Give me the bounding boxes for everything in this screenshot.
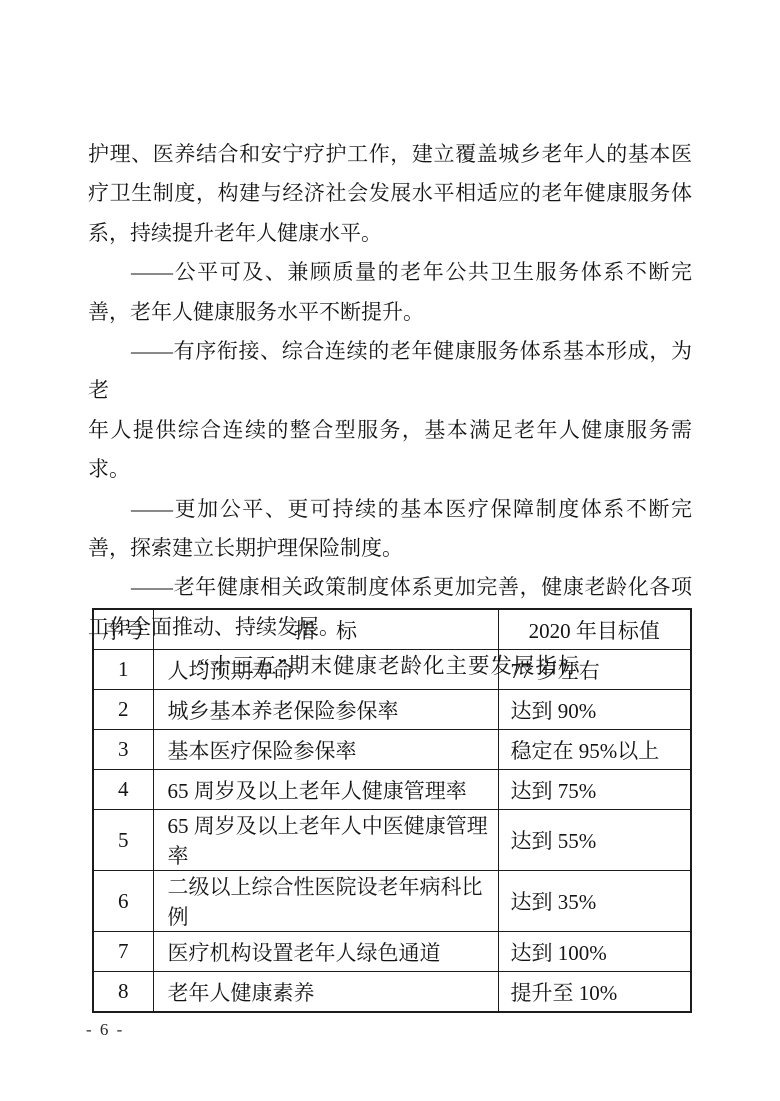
table-row: 8 老年人健康素养 提升至 10% bbox=[93, 972, 691, 1013]
table-row: 4 65 周岁及以上老年人健康管理率 达到 75% bbox=[93, 770, 691, 810]
body-text: 护理、医养结合和安宁疗护工作，建立覆盖城乡老年人的基本医 疗卫生制度，构建与经济… bbox=[88, 135, 692, 687]
cell-seq: 6 bbox=[93, 871, 153, 932]
table-header-row: 序号 指 标 2020 年目标值 bbox=[93, 609, 691, 650]
paragraph-line: ——更加公平、更可持续的基本医疗保障制度体系不断完 bbox=[88, 490, 692, 529]
header-target: 2020 年目标值 bbox=[498, 609, 691, 650]
cell-seq: 2 bbox=[93, 690, 153, 730]
cell-indicator: 医疗机构设置老年人绿色通道 bbox=[153, 932, 498, 972]
cell-seq: 7 bbox=[93, 932, 153, 972]
cell-seq: 3 bbox=[93, 730, 153, 770]
paragraph-line: 系，持续提升老年人健康水平。 bbox=[88, 214, 692, 253]
cell-indicator: 基本医疗保险参保率 bbox=[153, 730, 498, 770]
paragraph-line: ——老年健康相关政策制度体系更加完善，健康老龄化各项 bbox=[88, 568, 692, 607]
cell-target: 达到 90% bbox=[498, 690, 691, 730]
header-indicator: 指 标 bbox=[153, 609, 498, 650]
paragraph-line: 护理、医养结合和安宁疗护工作，建立覆盖城乡老年人的基本医 bbox=[88, 135, 692, 174]
cell-target: 77 岁左右 bbox=[498, 650, 691, 690]
cell-target: 达到 100% bbox=[498, 932, 691, 972]
cell-seq: 1 bbox=[93, 650, 153, 690]
paragraph-line: ——有序衔接、综合连续的老年健康服务体系基本形成，为老 bbox=[88, 332, 692, 411]
table-row: 3 基本医疗保险参保率 稳定在 95%以上 bbox=[93, 730, 691, 770]
cell-indicator: 城乡基本养老保险参保率 bbox=[153, 690, 498, 730]
cell-target: 达到 55% bbox=[498, 810, 691, 871]
header-seq: 序号 bbox=[93, 609, 153, 650]
indicators-table: 序号 指 标 2020 年目标值 1 人均预期寿命 77 岁左右 2 城乡基本养… bbox=[92, 608, 692, 1013]
cell-seq: 8 bbox=[93, 972, 153, 1013]
paragraph-line: 年人提供综合连续的整合型服务，基本满足老年人健康服务需求。 bbox=[88, 411, 692, 490]
cell-target: 达到 75% bbox=[498, 770, 691, 810]
cell-indicator: 65 周岁及以上老年人健康管理率 bbox=[153, 770, 498, 810]
cell-seq: 5 bbox=[93, 810, 153, 871]
document-page: 护理、医养结合和安宁疗护工作，建立覆盖城乡老年人的基本医 疗卫生制度，构建与经济… bbox=[0, 0, 780, 1101]
cell-target: 提升至 10% bbox=[498, 972, 691, 1013]
paragraph-line: 善，老年人健康服务水平不断提升。 bbox=[88, 293, 692, 332]
paragraph-line: ——公平可及、兼顾质量的老年公共卫生服务体系不断完 bbox=[88, 253, 692, 292]
paragraph-line: 疗卫生制度，构建与经济社会发展水平相适应的老年健康服务体 bbox=[88, 174, 692, 213]
cell-indicator: 二级以上综合性医院设老年病科比例 bbox=[153, 871, 498, 932]
page-number: - 6 - bbox=[86, 1020, 124, 1040]
table-row: 6 二级以上综合性医院设老年病科比例 达到 35% bbox=[93, 871, 691, 932]
cell-indicator: 人均预期寿命 bbox=[153, 650, 498, 690]
table-row: 1 人均预期寿命 77 岁左右 bbox=[93, 650, 691, 690]
cell-target: 稳定在 95%以上 bbox=[498, 730, 691, 770]
table-row: 7 医疗机构设置老年人绿色通道 达到 100% bbox=[93, 932, 691, 972]
table-row: 2 城乡基本养老保险参保率 达到 90% bbox=[93, 690, 691, 730]
indicators-table-wrap: 序号 指 标 2020 年目标值 1 人均预期寿命 77 岁左右 2 城乡基本养… bbox=[92, 608, 692, 1013]
paragraph-line: 善，探索建立长期护理保险制度。 bbox=[88, 529, 692, 568]
cell-indicator: 老年人健康素养 bbox=[153, 972, 498, 1013]
table-row: 5 65 周岁及以上老年人中医健康管理率 达到 55% bbox=[93, 810, 691, 871]
cell-seq: 4 bbox=[93, 770, 153, 810]
cell-target: 达到 35% bbox=[498, 871, 691, 932]
cell-indicator: 65 周岁及以上老年人中医健康管理率 bbox=[153, 810, 498, 871]
